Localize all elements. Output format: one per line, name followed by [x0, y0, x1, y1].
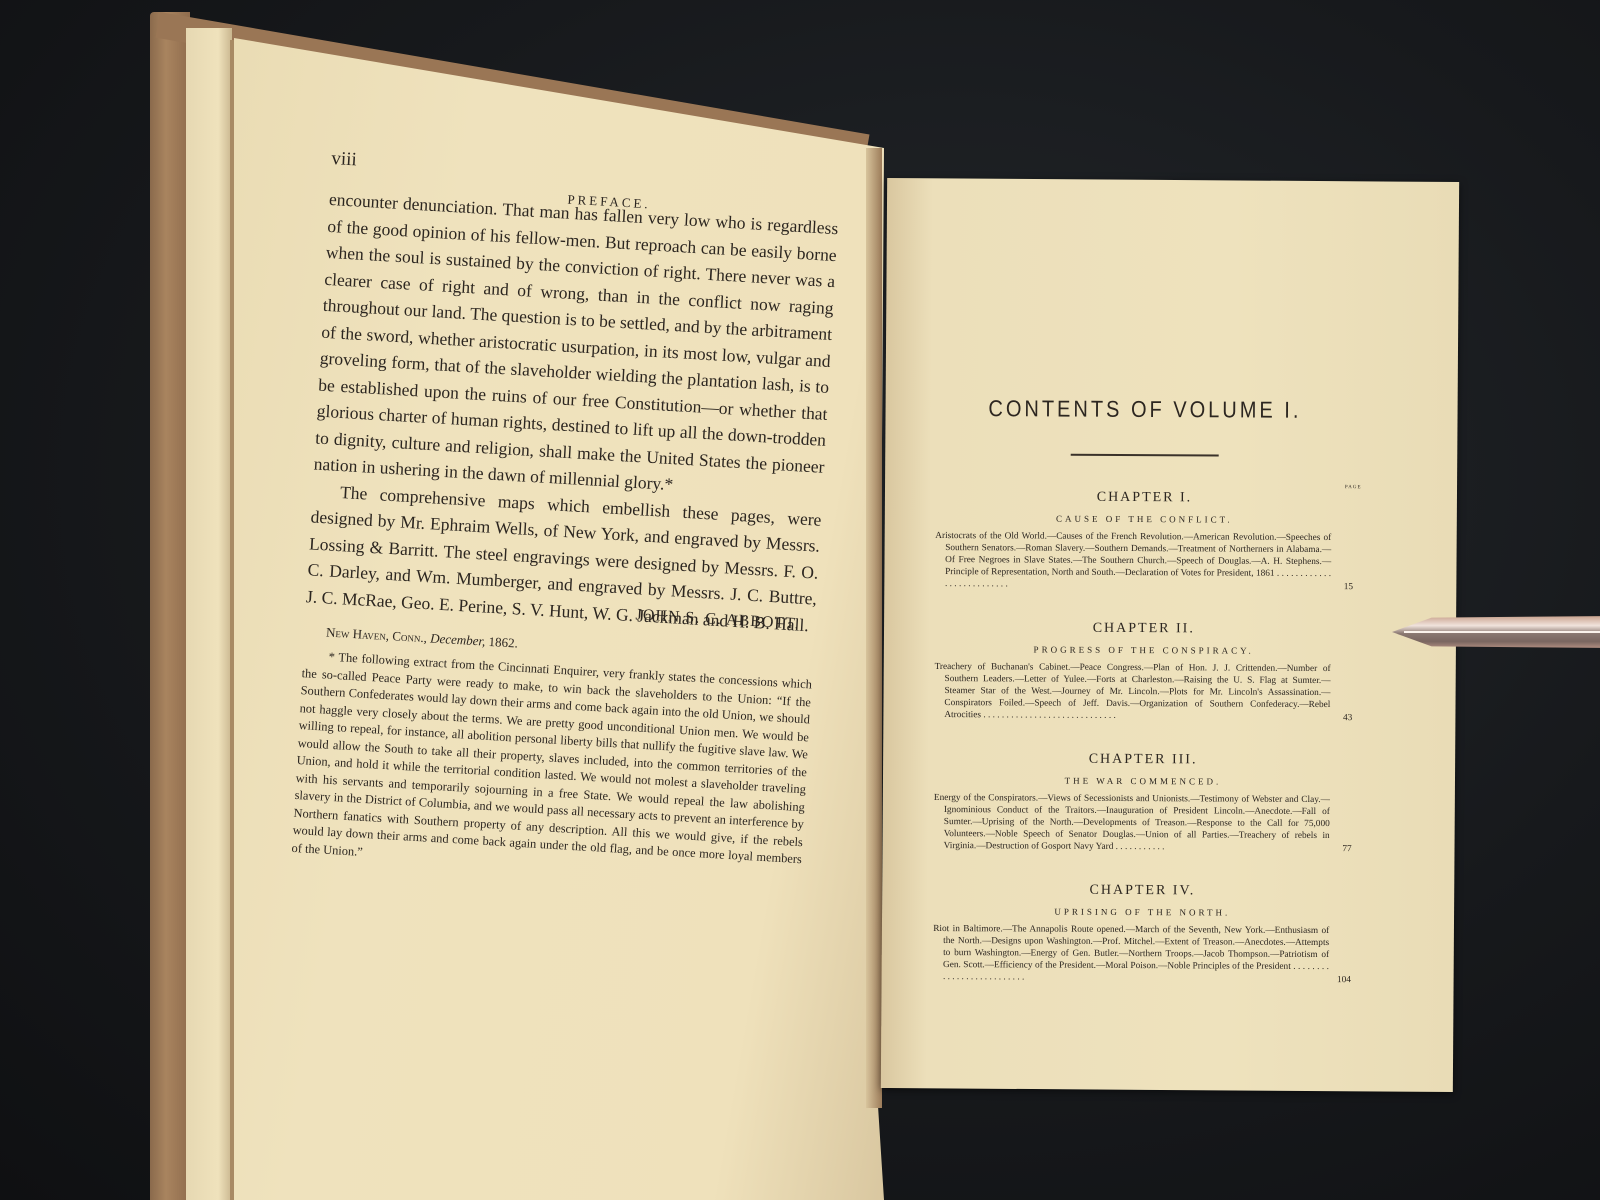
chapter-summary: Treachery of Buchanan's Cabinet.—Peace C…: [934, 660, 1352, 722]
chapter-summary: Riot in Baltimore.—The Annapolis Route o…: [933, 922, 1351, 984]
page-number: viii: [331, 148, 358, 171]
chapter-summary: Energy of the Conspirators.—Views of Sec…: [934, 791, 1352, 853]
chapter-page: 15: [1344, 582, 1353, 592]
title-rule: [1071, 454, 1219, 456]
chapter-title: CAUSE OF THE CONFLICT.: [935, 512, 1353, 524]
chapter-entry: CHAPTER IV. UPRISING OF THE NORTH. Riot …: [933, 881, 1352, 984]
dateline-year: 1862.: [488, 634, 518, 651]
contents-page: CONTENTS OF VOLUME I. PAGE CHAPTER I. CA…: [933, 398, 1354, 1015]
chapter-title: UPRISING OF THE NORTH.: [933, 905, 1351, 917]
endpaper: [186, 28, 232, 1200]
footnote: * The following extract from the Cincinn…: [291, 647, 812, 886]
contents-title: CONTENTS OF VOLUME I.: [936, 396, 1354, 425]
chapter-page: 77: [1342, 844, 1351, 854]
chapter-entry: CHAPTER II. PROGRESS OF THE CONSPIRACY. …: [934, 619, 1353, 722]
chapter-summary: Aristocrats of the Old World.—Causes of …: [935, 529, 1353, 591]
chapter-number: CHAPTER III.: [934, 750, 1352, 768]
left-page-edge: [866, 148, 882, 1108]
hinge-gutter: [230, 40, 234, 1200]
chapter-number: CHAPTER II.: [935, 619, 1353, 637]
chapter-page: 43: [1343, 713, 1352, 723]
page-column-label: PAGE: [1345, 485, 1362, 490]
book-spine-cover: [150, 12, 190, 1200]
chapter-title: THE WAR COMMENCED.: [934, 774, 1352, 786]
preface-paragraph: encounter denunciation. That man has fal…: [313, 186, 839, 506]
chapter-number: CHAPTER IV.: [933, 881, 1351, 899]
chapter-page: 104: [1337, 975, 1351, 985]
chapter-number: CHAPTER I.: [935, 488, 1353, 506]
preface-body: encounter denunciation. That man has fal…: [305, 186, 839, 639]
chapter-title: PROGRESS OF THE CONSPIRACY.: [935, 643, 1353, 655]
footnote-text: * The following extract from the Cincinn…: [291, 647, 812, 886]
dateline-month: December,: [430, 630, 486, 648]
knife-blade-highlight: [1404, 631, 1600, 633]
chapter-entry: CHAPTER III. THE WAR COMMENCED. Energy o…: [934, 750, 1353, 853]
chapter-entry: PAGE CHAPTER I. CAUSE OF THE CONFLICT. A…: [935, 488, 1354, 591]
